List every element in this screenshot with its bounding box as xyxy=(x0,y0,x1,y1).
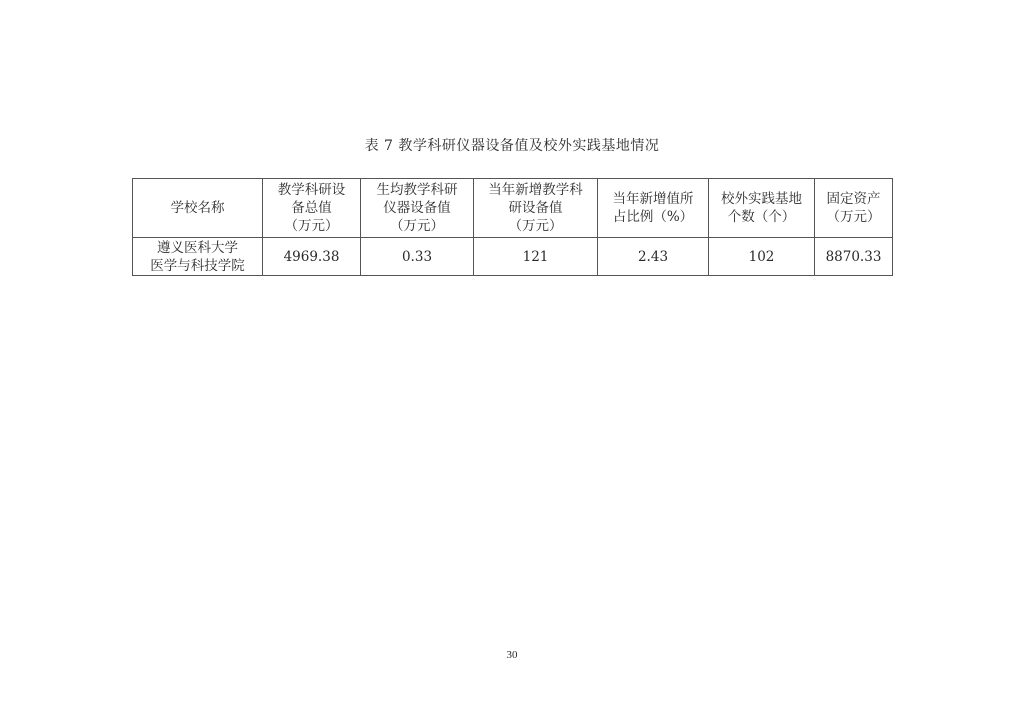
header-per-student-equipment-value: 生均教学科研 仪器设备值 （万元） xyxy=(361,179,474,238)
page-number: 30 xyxy=(0,649,1024,661)
header-school-name: 学校名称 xyxy=(133,179,263,238)
cell-new-value-ratio: 2.43 xyxy=(598,238,709,276)
cell-total-equipment-value: 4969.38 xyxy=(263,238,361,276)
header-practice-bases: 校外实践基地 个数（个） xyxy=(709,179,815,238)
cell-new-equipment-value: 121 xyxy=(474,238,598,276)
header-total-equipment-value: 教学科研设 备总值 （万元） xyxy=(263,179,361,238)
table-caption: 表 7 教学科研仪器设备值及校外实践基地情况 xyxy=(0,135,1024,155)
header-new-equipment-value: 当年新增教学科 研设备值 （万元） xyxy=(474,179,598,238)
cell-practice-bases: 102 xyxy=(709,238,815,276)
table-row: 遵义医科大学 医学与科技学院 4969.38 0.33 121 2.43 102… xyxy=(133,238,893,276)
header-fixed-assets: 固定资产 （万元） xyxy=(815,179,893,238)
header-new-value-ratio: 当年新增值所 占比例（%） xyxy=(598,179,709,238)
header-row: 学校名称 教学科研设 备总值 （万元） 生均教学科研 仪器设备值 （万元） 当年… xyxy=(133,179,893,238)
cell-per-student-equipment-value: 0.33 xyxy=(361,238,474,276)
cell-fixed-assets: 8870.33 xyxy=(815,238,893,276)
equipment-table: 学校名称 教学科研设 备总值 （万元） 生均教学科研 仪器设备值 （万元） 当年… xyxy=(132,178,893,276)
cell-school-name: 遵义医科大学 医学与科技学院 xyxy=(133,238,263,276)
